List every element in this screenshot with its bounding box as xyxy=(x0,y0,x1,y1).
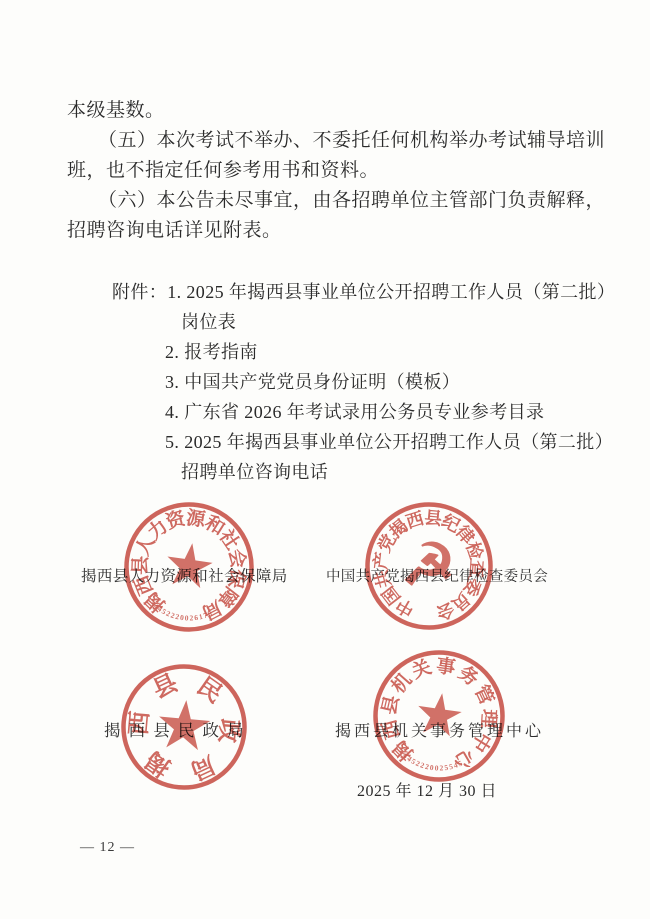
svg-text:0: 0 xyxy=(434,763,438,772)
svg-text:县: 县 xyxy=(378,693,404,716)
svg-text:政: 政 xyxy=(214,718,243,744)
seal-hr-bureau: 揭西县人力资源和社会保障局4452220026178 xyxy=(119,497,259,637)
attachments-list: 附件：1. 2025 年揭西县事业单位公开招聘工作人员（第二批） 岗位表 2. … xyxy=(0,277,650,487)
body-line-5: 招聘咨询电话详见附表。 xyxy=(67,216,597,246)
svg-text:西: 西 xyxy=(378,717,404,741)
star-icon xyxy=(156,698,211,751)
star-icon xyxy=(164,540,215,589)
svg-text:共: 共 xyxy=(371,567,395,590)
svg-text:事: 事 xyxy=(435,654,457,679)
seal-civil-affairs: 揭西县民政局 xyxy=(116,659,252,795)
attachment-item-5: 5. 2025 年揭西县事业单位公开招聘工作人员（第二批） xyxy=(0,427,650,457)
page-number: — 12 — xyxy=(80,840,135,856)
seal-admin-center: 揭西县机关事务管理中心4452220025545 xyxy=(368,645,510,787)
body-line-1: 本级基数。 xyxy=(67,96,597,126)
body-line-3: 班，也不指定任何参考用书和资料。 xyxy=(67,156,597,186)
document-page: 本级基数。 （五）本次考试不举办、不委托任何机构举办考试辅导培训 班，也不指定任… xyxy=(0,0,650,919)
svg-text:理: 理 xyxy=(477,709,500,730)
body-line-4: （六）本公告未尽事宜，由各招聘单位主管部门负责解释， xyxy=(67,186,597,216)
attachment-item-4: 4. 广东省 2026 年考试录用公务员专业参考目录 xyxy=(0,397,650,427)
attachment-item-2: 2. 报考指南 xyxy=(0,337,650,367)
attachment-item-3: 3. 中国共产党党员身份证明（模板） xyxy=(0,367,650,397)
svg-text:西: 西 xyxy=(125,710,154,736)
svg-text:0: 0 xyxy=(185,613,189,622)
attachment-item-5-cont: 招聘单位咨询电话 xyxy=(0,457,650,487)
seal-discipline-committee: 中国共产党揭西县纪律检查委员会☭ xyxy=(360,497,498,635)
body-paragraphs: 本级基数。 （五）本次考试不举办、不委托任何机构举办考试辅导培训 班，也不指定任… xyxy=(67,96,597,246)
hammer-sickle-icon: ☭ xyxy=(399,531,458,601)
body-line-2: （五）本次考试不举办、不委托任何机构举办考试辅导培训 xyxy=(67,126,597,156)
attachment-item-1: 附件：1. 2025 年揭西县事业单位公开招聘工作人员（第二批） xyxy=(0,277,650,307)
attachment-item-1-cont: 岗位表 xyxy=(0,307,650,337)
star-icon xyxy=(415,690,464,737)
